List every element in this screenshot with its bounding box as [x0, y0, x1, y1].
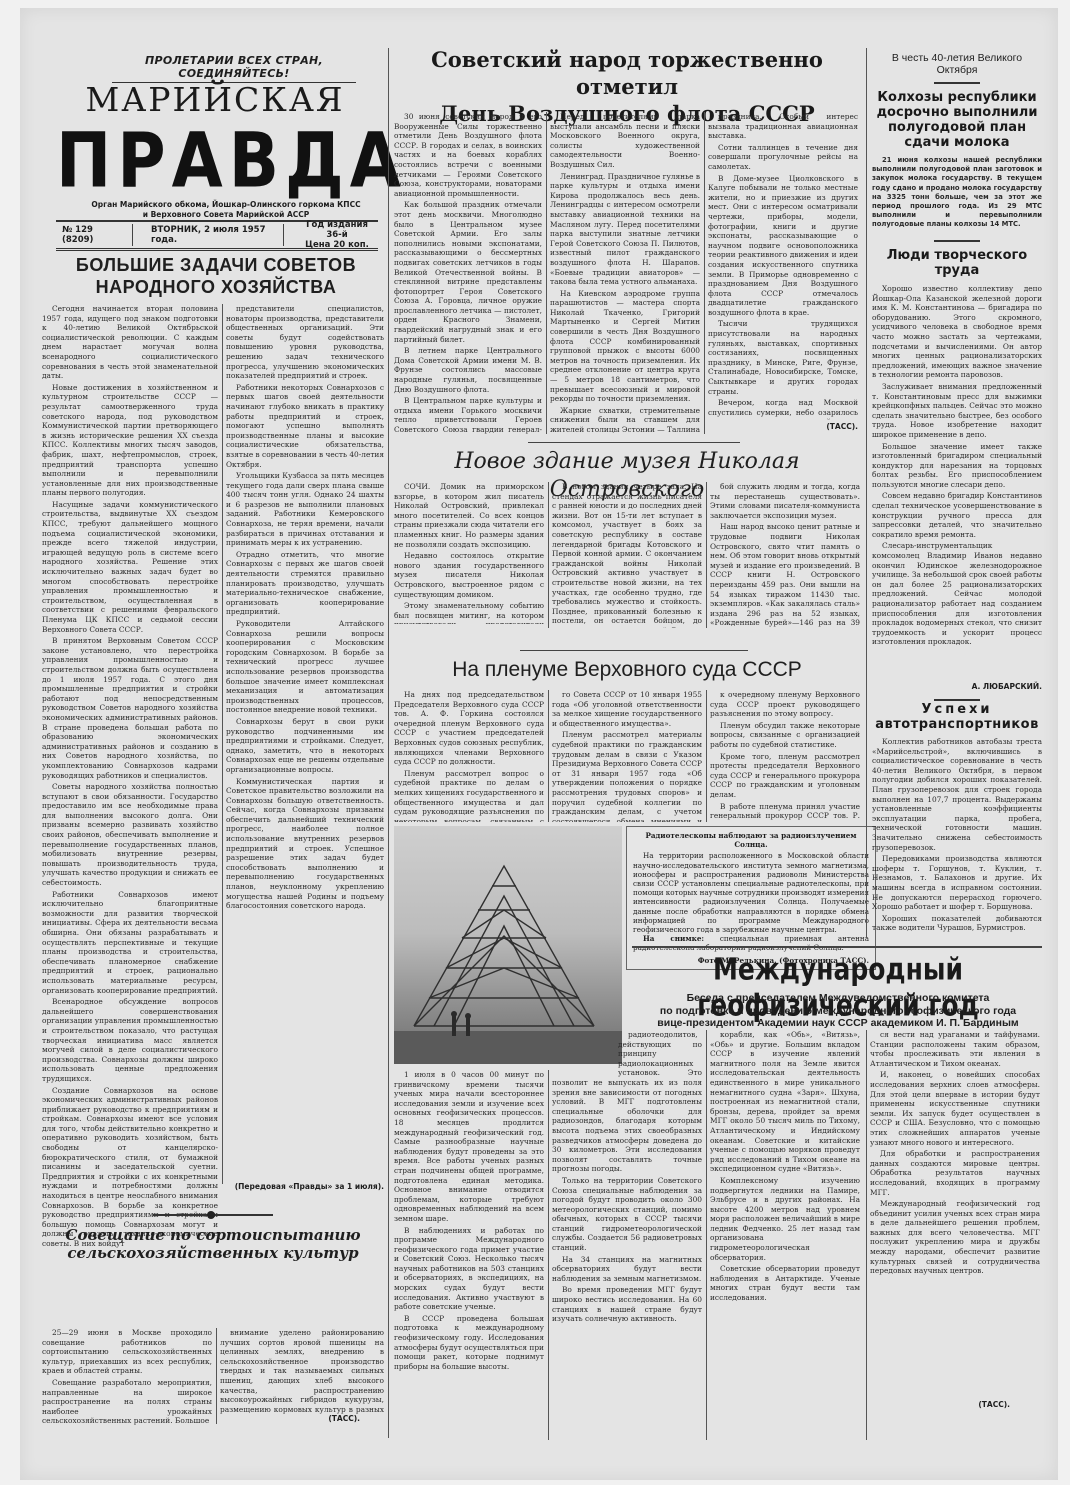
article-transport: Успехи автотранспортников Коллектив рабо… [872, 702, 1042, 937]
article-milk-plan: В честь 40-летия Великого Октября Колхоз… [872, 52, 1042, 248]
geophysical-year-column-3: корабли, как «Обь», «Витязь», «Обь» и др… [710, 1030, 860, 1440]
photo-caption: Радиотелескопы наблюдают за радиоизлучен… [626, 826, 876, 970]
lead-source: (Передовая «Правды» за 1 июля). [226, 1182, 384, 1191]
creative-people-title: Люди творческого труда [872, 248, 1042, 278]
article-divider [632, 946, 1042, 948]
article-lead-editorial: БОЛЬШИЕ ЗАДАЧИ СОВЕТОВ НАРОДНОГО ХОЗЯЙСТ… [50, 254, 382, 298]
geophysical-year-source: (ТАСС). [870, 1400, 1010, 1409]
variety-testing-column-2: внимание уделено районированию лучших со… [220, 1328, 384, 1416]
variety-testing-source: (ТАСС). [220, 1414, 360, 1423]
column-divider [548, 690, 549, 822]
milk-kicker: В честь 40-летия Великого Октября [872, 52, 1042, 76]
supreme-court-column-2: го Совета СССР от 10 января 1955 года «О… [552, 690, 702, 822]
geophysical-year-subtitle: Беседа с председателем Междуведомственно… [628, 992, 1048, 1030]
museum-column-1: СОЧИ. Домик на приморском взгорье, в кот… [394, 482, 544, 624]
variety-testing-column-1: 25—29 июня в Москве проходило совещание … [42, 1328, 212, 1428]
masthead-organ: Орган Марийского обкома, Йошкар-Олинског… [76, 200, 376, 220]
section-divider [866, 48, 867, 938]
transport-body: Коллектив работников автобазы треста «Ма… [872, 737, 1042, 937]
creative-people-byline: А. ЛЮБАРСКИЙ. [872, 682, 1042, 691]
column-divider [706, 482, 707, 628]
air-fleet-column-3: праздника. Особый интерес вызвала традиц… [708, 112, 858, 420]
variety-testing-title: Совещание по сортоиспытанию сельскохозяй… [42, 1226, 384, 1262]
air-fleet-column-1: 30 июня советский народ и его Вооруженны… [394, 112, 542, 434]
milk-title: Колхозы республики досрочно выполнили по… [872, 90, 1042, 150]
article-variety-testing: Совещание по сортоиспытанию сельскохозяй… [42, 1214, 384, 1262]
column-divider [548, 482, 549, 628]
caption-body: На территории расположенного в Московско… [633, 851, 869, 934]
museum-column-3: бой служить людям и тогда, когда ты пере… [710, 482, 860, 628]
column-divider [222, 304, 223, 1184]
supreme-court-column-3: к очередному пленуму Верховного суда ССС… [710, 690, 860, 822]
geophysical-year-column-2: радиотеодолитов, действующих по принципу… [552, 1030, 702, 1440]
newspaper-page: ПРОЛЕТАРИИ ВСЕХ СТРАН, СОЕДИНЯЙТЕСЬ! МАР… [20, 8, 1058, 1480]
caption-title: Радиотелескопы наблюдают за радиоизлучен… [633, 831, 869, 849]
article-creative-people: Люди творческого труда Хорошо известно к… [872, 248, 1042, 707]
column-divider [866, 1030, 867, 1440]
creative-people-body: Хорошо известно коллективу депо Йошкар-О… [872, 284, 1042, 682]
article-divider [528, 442, 740, 443]
radio-telescope-photo [394, 826, 622, 1064]
air-fleet-source: (ТАСС). [708, 422, 858, 431]
section-divider [388, 48, 389, 1438]
caption-note-label: На снимке: [643, 934, 704, 943]
lead-title: БОЛЬШИЕ ЗАДАЧИ СОВЕТОВ НАРОДНОГО ХОЗЯЙСТ… [50, 254, 382, 298]
lead-column-2: представители специалистов, новаторы про… [226, 304, 384, 1174]
column-divider [704, 112, 705, 434]
lead-column-1: Сегодня начинается вторая половина 1957 … [42, 304, 218, 1364]
air-fleet-column-2: Перед посетителями парка выступали ансам… [550, 112, 700, 434]
supreme-court-title: На пленуме Верховного суда СССР [392, 656, 862, 684]
milk-body: 21 июня колхозы нашей республики выполни… [872, 156, 1042, 230]
column-divider [216, 1328, 217, 1424]
masthead-title-line2: ПРАВДА [56, 123, 374, 199]
column-divider [706, 690, 707, 822]
masthead-title-line1: МАРИЙСКАЯ [56, 80, 374, 119]
issue-date: ВТОРНИК, 2 июля 1957 года. [145, 225, 283, 245]
geophysical-year-column-1: 1 июля в 0 часов 00 минут по гринвичском… [394, 1070, 544, 1440]
issue-number: № 129 (8209) [56, 225, 132, 245]
year-of-publication: Год издания 36-й [302, 220, 372, 240]
radio-telescope-antenna-image [394, 826, 622, 1064]
issue-price: Цена 20 коп. [302, 240, 372, 250]
column-divider [706, 1030, 707, 1440]
masthead-organ-line1: Орган Марийского обкома, Йошкар-Олинског… [76, 200, 376, 210]
transport-title: Успехи автотранспортников [872, 702, 1042, 732]
ornament-divider [153, 1214, 273, 1216]
masthead-info-bar: № 129 (8209) ВТОРНИК, 2 июля 1957 года. … [56, 220, 378, 251]
column-divider [546, 112, 547, 434]
masthead-motto: ПРОЛЕТАРИИ ВСЕХ СТРАН, СОЕДИНЯЙТЕСЬ! [112, 54, 356, 83]
masthead-organ-line2: и Верховного Совета Марийской АССР [76, 210, 376, 220]
museum-column-2: В новом здании четыре зала. На стендах о… [552, 482, 702, 628]
masthead: ПРОЛЕТАРИИ ВСЕХ СТРАН, СОЕДИНЯЙТЕСЬ! МАР… [36, 8, 376, 248]
supreme-court-column-1: На днях под председательством Председате… [394, 690, 544, 822]
issue-publication-info: Год издания 36-й Цена 20 коп. [296, 220, 378, 250]
article-divider [520, 650, 748, 651]
geophysical-year-column-4: ся вести над ураганами и тайфунами. Стан… [870, 1030, 1040, 1398]
column-divider [548, 1070, 549, 1440]
